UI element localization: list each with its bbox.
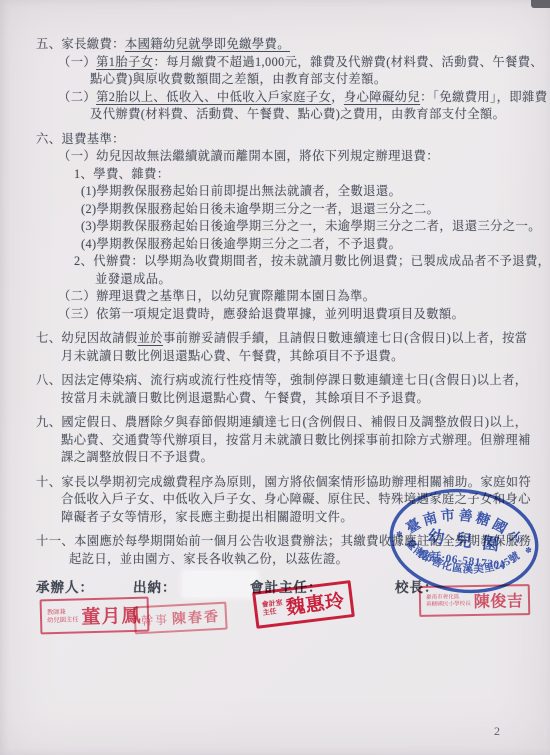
doc-line: 七、幼兒因故請假並於事前辦妥請假手續，且請假日數連續達七日(含假日)以上者，按當 (36, 330, 530, 348)
handler-label: 承辦人： (36, 576, 94, 596)
oval-stamp-graphic: 臺南市善糖國小 臺南市善化區溪美里245號 幼兒園 電話:06-5817304 … (382, 479, 546, 603)
doc-text: 起訖日，並由園方、家長各收執乙份，以茲佐證。 (69, 552, 348, 566)
doc-text: (1)學期教保服務起始日前即提出無法就讀者，全數退還。 (81, 184, 401, 198)
doc-text: 身心障礙幼兒 (344, 90, 420, 104)
page-number: 2 (494, 724, 500, 739)
doc-text: 第2胎以上、低收入、中低收入戶家庭子女 (96, 90, 331, 104)
doc-line: （二）辦理退費之基準日，以幼兒實際離開本園日為準。 (36, 288, 530, 306)
doc-text: 善糖國民小學校長 (426, 601, 471, 608)
doc-text: ：「免繳費用」，即雜費 (420, 90, 547, 104)
whiteout-patch (183, 571, 257, 597)
doc-line: 2、代辦費：以學期為收費期間者，按未就讀月數比例退費；已製成成品者不予退費， (36, 253, 530, 271)
doc-text: 按當月未就讀日數比例退還點心費、午餐費，其餘項目不予退費。 (61, 391, 429, 405)
doc-line: (2)學期教保服務起始日後未逾學期三分之一者，退還三分之二。 (36, 201, 530, 219)
doc-text: ：每月繳費不超過1,000元，雜費及代辦費(材料費、活動費、午餐費、 (153, 55, 543, 69)
doc-text: 九、國定假日、農曆除夕與春節假期連續達七日(含例假日、補假日及調整放假日)以上， (36, 415, 527, 429)
doc-line: （三）依第一項規定退費時，應發給退費單據，並列明退費項目及數額。 (36, 306, 530, 324)
doc-line: （一）第1胎子女：每月繳費不超過1,000元，雜費及代辦費(材料費、活動費、午餐… (36, 54, 530, 72)
doc-text: 第1胎子女 (96, 55, 153, 69)
doc-line: 九、國定假日、農曆除夕與春節假期連續達七日(含例假日、補假日及調整放假日)以上， (36, 414, 530, 432)
doc-line: 月未就讀日數比例退還點心費、午餐費，其餘項目不予退費。 (36, 348, 530, 366)
doc-text: 五、家長繳費： (36, 37, 125, 51)
doc-line: (1)學期教保服務起始日前即提出無法就讀者，全數退還。 (36, 183, 530, 201)
accounting-stamp-name: 魏惠玲 (284, 586, 345, 620)
doc-text: 2、代辦費：以學期為收費期間者，按未就讀月數比例退費；已製成成品者不予退費， (74, 254, 550, 268)
handler-stamp-name: 董月鳳 (81, 601, 142, 630)
doc-line: （二）第2胎以上、低收入、中低收入戶家庭子女，身心障礙幼兒：「免繳費用」，即雜費 (36, 89, 530, 107)
cashier-stamp-title: 幹事 (141, 610, 170, 628)
doc-line: 並發還成品。 (36, 271, 530, 289)
doc-line: 五、家長繳費：本國籍幼兒就學即免繳學費。 (36, 36, 530, 54)
doc-text: 1、學費、雜費： (74, 167, 169, 181)
rosette-icon: ✽ (395, 530, 403, 540)
handler-name-stamp: 教師兼 幼兒園主任 董月鳳 (40, 597, 149, 635)
doc-text: 八、因法定傳染病、流行病或流行性疫情等，強制停課日數連續達七日(含假日)以上者， (36, 373, 527, 387)
doc-line: 點心費)與原收費數額間之差額，由教育部支付差額。 (36, 71, 530, 89)
doc-line: 八、因法定傳染病、流行病或流行性疫情等，強制停課日數連續達七日(含假日)以上者， (36, 372, 530, 390)
doc-line: (4)學期教保服務起始日後逾學期三分之二者，不予退費。 (36, 236, 530, 254)
doc-text: 六、退費基準： (36, 132, 125, 146)
doc-text: 並於 (138, 331, 163, 345)
doc-line: （一）幼兒因故無法繼續就讀而離開本園，將依下列規定辦理退費： (36, 148, 530, 166)
doc-text: 課之調整放假日不予退費。 (61, 450, 213, 464)
doc-text: （二） (58, 90, 96, 104)
doc-text: (4)學期教保服務起始日後逾學期三分之二者，不予退費。 (81, 237, 401, 251)
doc-line: 課之調整放假日不予退費。 (36, 449, 530, 467)
doc-line: 1、學費、雜費： (36, 166, 530, 184)
doc-text: 月未就讀日數比例退還點心費、午餐費，其餘項目不予退費。 (61, 349, 404, 363)
doc-text: （一） (58, 55, 96, 69)
cashier-label: 出納： (133, 576, 177, 596)
doc-text: ， (331, 90, 344, 104)
doc-text: 及代辦費(材料費、活動費、午餐費、點心費)之費用，由教育部支付全額。 (90, 107, 505, 121)
doc-text: (3)學期教保服務起始日後逾學期三分之一，未逾學期三分之二者，退還三分之一。 (81, 219, 541, 233)
doc-text: （三）依第一項規定退費時，應發給退費單據，並列明退費項目及數額。 (58, 307, 464, 321)
doc-text: 主任 (262, 607, 284, 617)
doc-text: 事前辦妥請假手續，且請假日數連續達七日(含假日)以上者，按當 (163, 331, 528, 345)
cashier-name-stamp: 幹事 陳春香 (133, 602, 227, 635)
doc-text: （一）幼兒因故無法繼續就讀而離開本園，將依下列規定辦理退費： (58, 149, 439, 163)
doc-text: 點心費、交通費等代辦項目，按當月未就讀日數比例採事前扣除方式辦理。但辦理補 (61, 433, 531, 447)
doc-text: 幼兒園主任 (47, 616, 79, 624)
doc-text: (2)學期教保服務起始日後未逾學期三分之一者，退還三分之二。 (81, 202, 439, 216)
doc-line: 及代辦費(材料費、活動費、午餐費、點心費)之費用，由教育部支付全額。 (36, 106, 530, 124)
doc-text: 障礙者子女等情形，家長應主動提出相關證明文件。 (61, 510, 353, 524)
doc-text: 點心費)與原收費數額間之差額，由教育部支付差額。 (90, 72, 387, 86)
doc-line: 按當月未就讀日數比例退還點心費、午餐費，其餘項目不予退費。 (36, 390, 530, 408)
cashier-stamp-name: 陳春香 (172, 606, 221, 628)
doc-line: (3)學期教保服務起始日後逾學期三分之一，未逾學期三分之二者，退還三分之一。 (36, 218, 530, 236)
doc-text: 本國籍幼兒就學即免繳學費。 (125, 37, 290, 51)
accounting-stamp-title: 會計室 主任 (261, 600, 284, 617)
scan-corner-artifact (531, 0, 550, 8)
doc-line: 點心費、交通費等代辦項目，按當月未就讀日數比例採事前扣除方式辦理。但辦理補 (36, 432, 530, 450)
doc-text: 並發還成品。 (95, 272, 171, 286)
kindergarten-oval-stamp: 臺南市善糖國小 臺南市善化區溪美里245號 幼兒園 電話:06-5817304 … (382, 479, 546, 603)
handler-stamp-title: 教師兼 幼兒園主任 (47, 608, 79, 624)
rosette-icon: ✽ (524, 546, 532, 556)
principal-stamp-title: 臺南市善化區 善糖國民小學校長 (426, 594, 471, 608)
doc-line: 六、退費基準： (36, 131, 530, 149)
doc-text: （二）辦理退費之基準日，以幼兒實際離開本園日為準。 (58, 289, 375, 303)
doc-text: 七、幼兒因故請假 (36, 331, 138, 345)
